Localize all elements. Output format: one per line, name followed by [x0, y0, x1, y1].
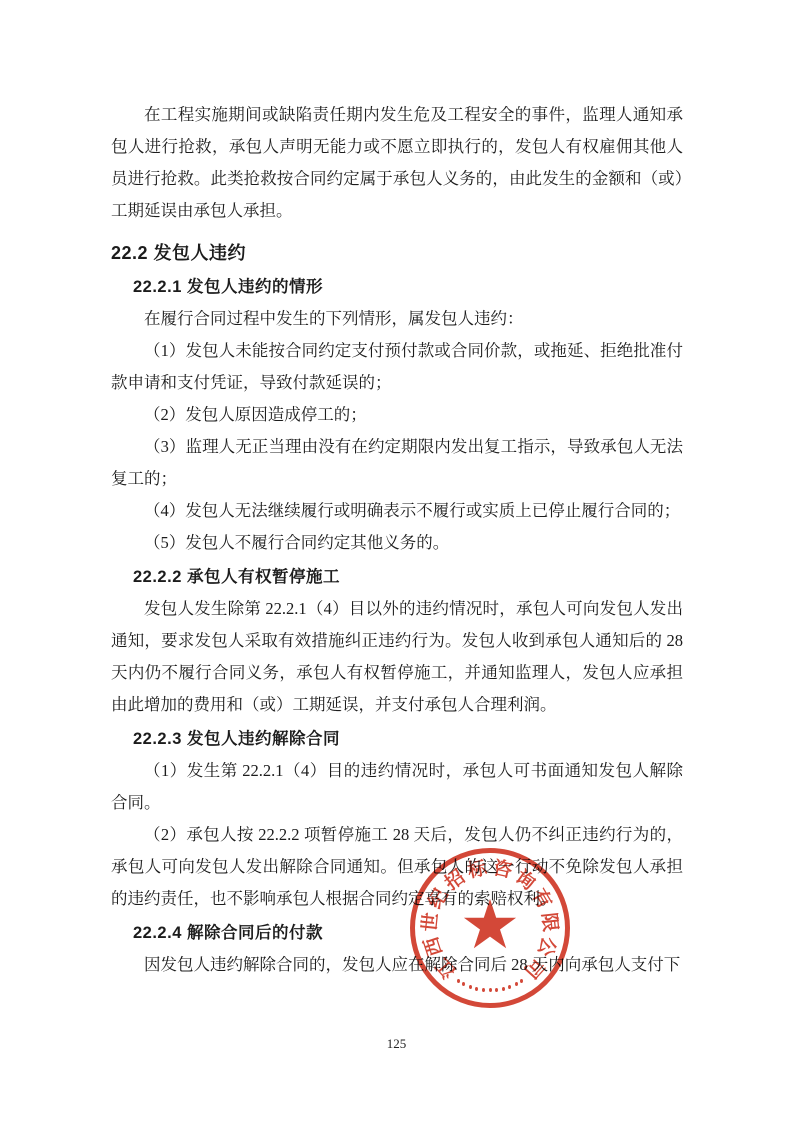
subsection-heading-22-2-3: 22.2.3 发包人违约解除合同 [111, 723, 683, 755]
seal-code-dot [515, 982, 518, 986]
subsection-heading-22-2-4: 22.2.4 解除合同后的付款 [111, 917, 683, 949]
seal-code-dot [469, 985, 472, 989]
list-item-3: （3）监理人无正当理由没有在约定期限内发出复工指示，导致承包人无法复工的； [111, 431, 683, 495]
seal-code-dot [475, 987, 478, 991]
seal-code-dot [462, 982, 465, 986]
list-item-4: （4）发包人无法继续履行或明确表示不履行或实质上已停止履行合同的； [111, 495, 683, 527]
paragraph-payment-after-termination: 因发包人违约解除合同的，发包人应在解除合同后 28 天内向承包人支付下 [111, 949, 683, 981]
document-page: 在工程实施期间或缺陷责任期内发生危及工程安全的事件，监理人通知承包人进行抢救，承… [0, 0, 793, 1122]
seal-code-dot [502, 987, 505, 991]
list-item-5: （5）发包人不履行合同约定其他义务的。 [111, 527, 683, 559]
section-heading-22-2: 22.2 发包人违约 [111, 237, 683, 269]
list-item-1: （1）发包人未能按合同约定支付预付款或合同价款，或拖延、拒绝批准付款申请和支付凭… [111, 335, 683, 399]
seal-code-dot [495, 988, 498, 992]
paragraph-rescue-obligation: 在工程实施期间或缺陷责任期内发生危及工程安全的事件，监理人通知承包人进行抢救，承… [111, 99, 683, 227]
list-item-2: （2）发包人原因造成停工的； [111, 399, 683, 431]
seal-code-dot [489, 988, 492, 992]
page-number: 125 [0, 1036, 793, 1052]
terminate-item-2: （2）承包人按 22.2.2 项暂停施工 28 天后，发包人仍不纠正违约行为的，… [111, 819, 683, 915]
terminate-item-1: （1）发生第 22.2.1（4）目的违约情况时，承包人可书面通知发包人解除合同。 [111, 755, 683, 819]
seal-code-dot [508, 985, 511, 989]
paragraph-suspend-work: 发包人发生除第 22.2.1（4）目以外的违约情况时，承包人可向发包人发出通知，… [111, 593, 683, 721]
seal-code-dot [482, 988, 485, 992]
subsection-heading-22-2-2: 22.2.2 承包人有权暂停施工 [111, 561, 683, 593]
paragraph-breach-intro: 在履行合同过程中发生的下列情形，属发包人违约： [111, 303, 683, 335]
document-body: 在工程实施期间或缺陷责任期内发生危及工程安全的事件，监理人通知承包人进行抢救，承… [111, 99, 683, 981]
subsection-heading-22-2-1: 22.2.1 发包人违约的情形 [111, 271, 683, 303]
